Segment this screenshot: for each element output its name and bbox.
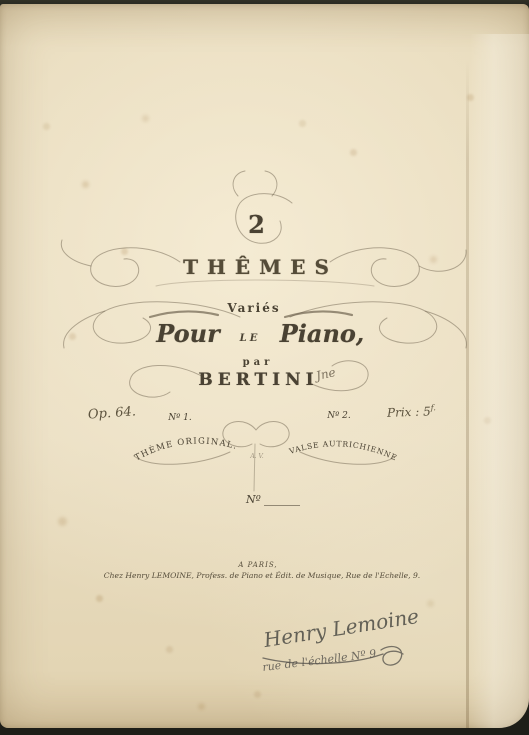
paper-right-margin [470,34,529,728]
title-le: LE [240,333,261,344]
no2-label: Nº 2. [327,411,351,421]
no1-arc-title: THÈME ORIGINAL. [126,416,242,469]
subtitle-varies: Variés [227,301,280,315]
price-main: Prix : 5 [387,404,431,420]
work-count: 2 [248,210,266,239]
price-label: Prix : 5f. [387,403,436,420]
svg-text:THÈME ORIGINAL.: THÈME ORIGINAL. [132,432,240,464]
imprint-publisher: Chez Henry LEMOINE, Profess. de Piano et… [104,571,420,580]
paper-crease [466,59,469,728]
engraver-initials: A. V. [250,453,263,460]
price-sup: f. [430,403,436,412]
no2-arc-title: VALSE AUTRICHIENNE [285,420,400,470]
no2-arc-text: VALSE AUTRICHIENNE [287,436,400,464]
handwritten-signature: Henry Lemoine [262,604,420,652]
paper: 2 THÊMES Variés Pour LE Piano, par BERTI… [0,4,529,728]
handwritten-address: rue de l'échelle Nº 9 [262,647,377,674]
composer-suffix: Jne [315,365,337,383]
svg-text:VALSE AUTRICHIENNE: VALSE AUTRICHIENNE [287,436,400,464]
scan-background: 2 THÊMES Variés Pour LE Piano, par BERTI… [0,0,529,735]
composer-name: BERTINI [193,370,318,390]
byline-par: par [239,357,274,368]
opus-number: Op. 64. [88,404,137,422]
foxing-spots [0,4,5,9]
plate-number-blank [264,505,300,506]
title-piano: Piano, [280,319,365,348]
title-pour: Pour [156,319,220,348]
page-title: THÊMES [174,255,338,279]
imprint-city: A PARIS, [238,561,277,569]
plate-number-label: Nº [246,493,261,506]
no1-arc-text: THÈME ORIGINAL. [132,432,240,464]
